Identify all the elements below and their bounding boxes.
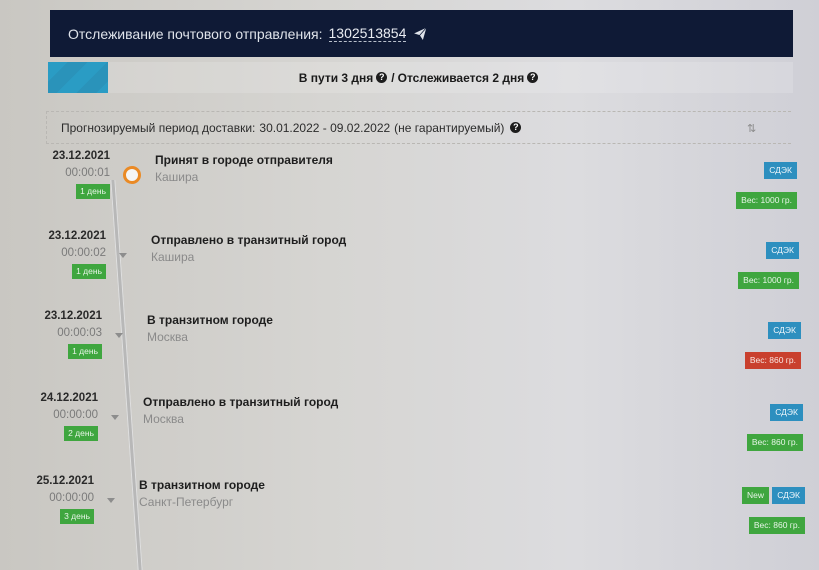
days-badge: 1 день [76,184,110,199]
event-city: Санкт-Петербург [139,495,233,509]
delivery-period: Прогнозируемый период доставки: 30.01.20… [46,111,791,144]
event-city: Кашира [151,250,194,264]
days-badge: 2 день [64,426,98,441]
event-date: 25.12.2021 [4,475,94,487]
event-city: Москва [147,330,188,344]
event-date: 23.12.2021 [16,230,106,242]
new-badge: New [742,487,769,504]
timeline-event: 25.12.202100:00:003 деньВ транзитном гор… [0,475,819,555]
carrier-badge: СДЭК [764,162,797,179]
event-status: Принят в городе отправителя [155,153,333,167]
tracking-header: Отслеживание почтового отправления: 1302… [50,10,793,57]
paper-plane-icon[interactable] [412,26,428,42]
event-status: В транзитном городе [139,478,265,492]
caret-down-icon [115,333,123,338]
event-time: 00:00:03 [12,327,102,339]
tracked-text: Отслеживается 2 дня [398,71,525,85]
question-circle-icon[interactable]: ? [376,72,387,83]
delivery-period-note: (не гарантируемый) [394,121,504,135]
timeline-event: 23.12.202100:00:031 деньВ транзитном гор… [0,310,819,390]
header-title: Отслеживание почтового отправления: [68,26,323,42]
weight-badge: Вес: 860 гр. [749,517,805,534]
event-time: 00:00:00 [4,492,94,504]
question-circle-icon[interactable]: ? [527,72,538,83]
weight-badge: Вес: 1000 гр. [736,192,797,209]
weight-badge: Вес: 1000 гр. [738,272,799,289]
caret-down-icon [111,415,119,420]
weight-badge: Вес: 860 гр. [747,434,803,451]
carrier-badge: СДЭК [772,487,805,504]
timeline-event: 24.12.202100:00:002 деньОтправлено в тра… [0,392,819,472]
days-badge: 1 день [72,264,106,279]
question-circle-icon[interactable]: ? [510,122,521,133]
event-date: 23.12.2021 [20,150,110,162]
days-badge: 3 день [60,509,94,524]
transit-summary: В пути 3 дня ? / Отслеживается 2 дня ? [48,62,793,93]
event-date: 23.12.2021 [12,310,102,322]
carrier-badge: СДЭК [766,242,799,259]
delivery-period-range: 30.01.2022 - 09.02.2022 [259,121,390,135]
caret-down-icon [119,253,127,258]
event-status: Отправлено в транзитный город [151,233,346,247]
summary-separator: / [391,71,394,85]
delivery-period-label: Прогнозируемый период доставки: [61,121,255,135]
tracking-number[interactable]: 1302513854 [329,25,407,42]
event-date: 24.12.2021 [8,392,98,404]
transit-progress-bar: В пути 3 дня ? / Отслеживается 2 дня ? [48,62,793,93]
event-city: Кашира [155,170,198,184]
sort-icon[interactable]: ⇅ [747,122,763,136]
event-time: 00:00:00 [8,409,98,421]
event-status: Отправлено в транзитный город [143,395,338,409]
timeline-event: 23.12.202100:00:011 деньПринят в городе … [0,150,819,230]
timeline-event: 23.12.202100:00:021 деньОтправлено в тра… [0,230,819,310]
in-transit-text: В пути 3 дня [299,71,374,85]
event-status: В транзитном городе [147,313,273,327]
days-badge: 1 день [68,344,102,359]
event-time: 00:00:01 [20,167,110,179]
event-city: Москва [143,412,184,426]
event-time: 00:00:02 [16,247,106,259]
carrier-badge: СДЭК [770,404,803,421]
weight-badge: Вес: 860 гр. [745,352,801,369]
caret-down-icon [107,498,115,503]
carrier-badge: СДЭК [768,322,801,339]
origin-marker-icon [123,166,141,184]
